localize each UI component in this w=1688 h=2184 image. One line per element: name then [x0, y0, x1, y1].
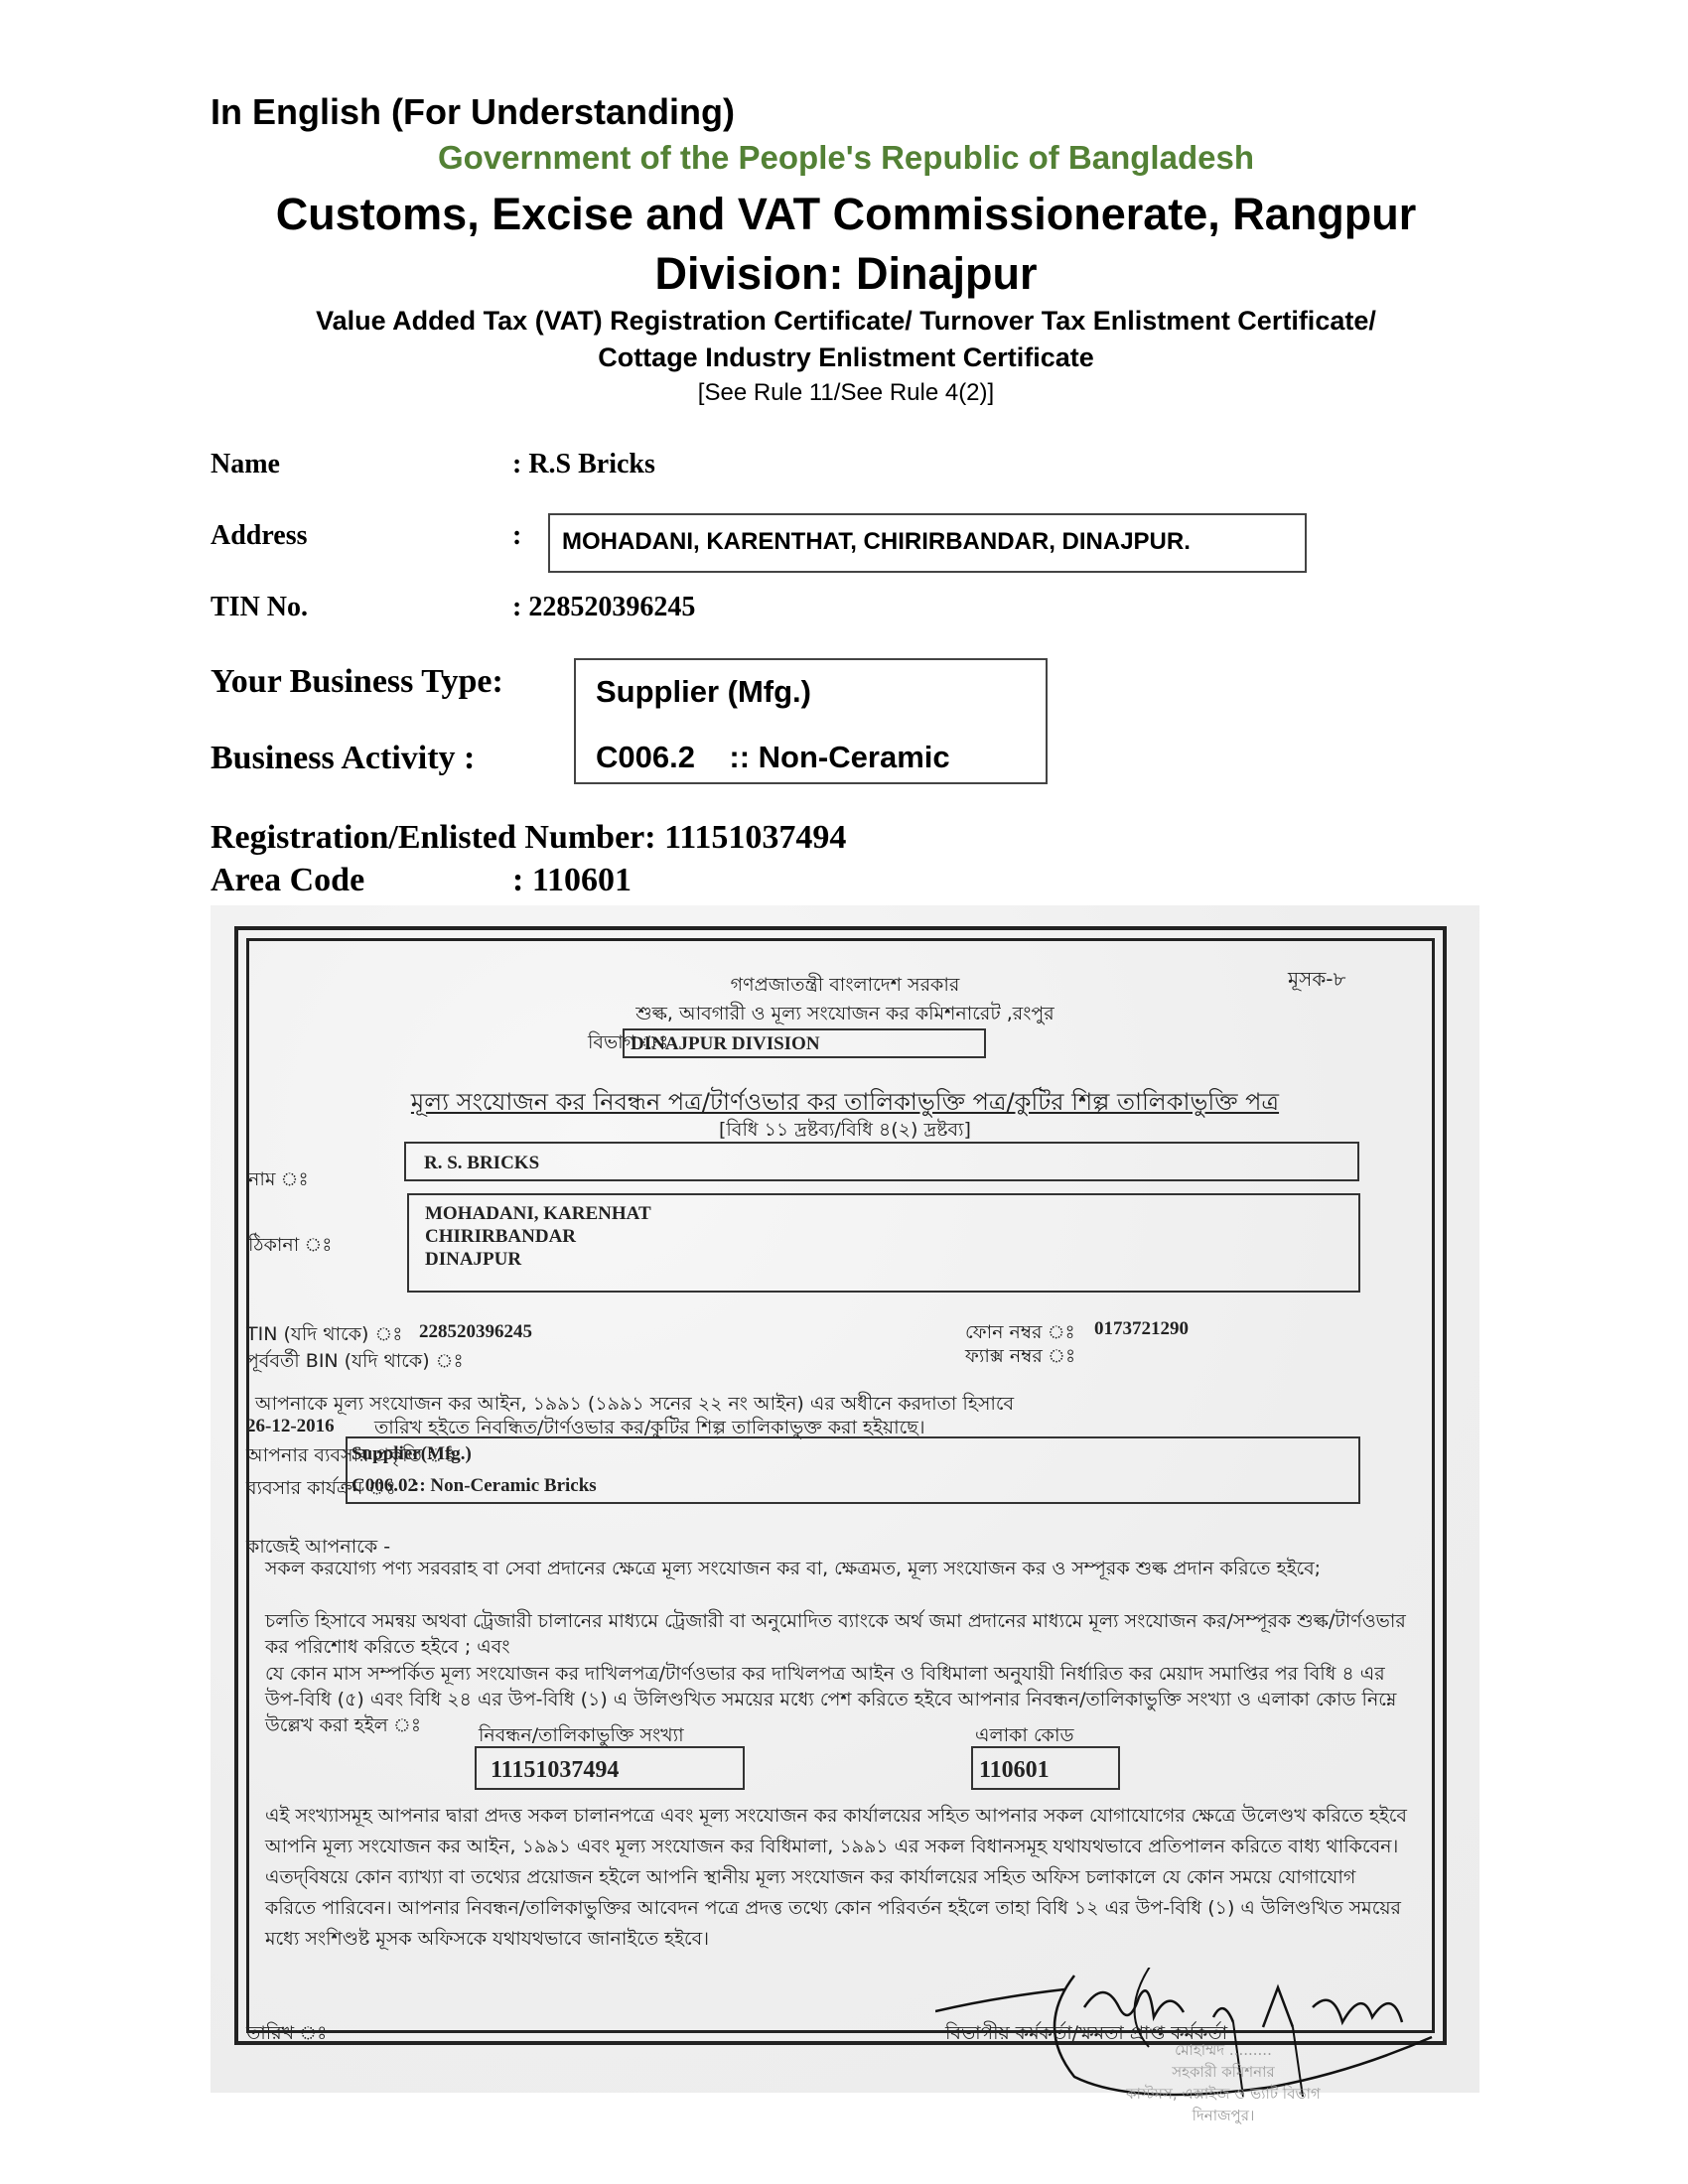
scan-address-line: DINAJPUR: [425, 1249, 521, 1271]
address-box: MOHADANI, KARENTHAT, CHIRIRBANDAR, DINAJ…: [548, 513, 1307, 573]
tin-value: : 228520396245: [512, 592, 695, 623]
scan-name-box: R. S. BRICKS: [404, 1142, 1359, 1181]
name-value: : R.S Bricks: [512, 449, 655, 480]
rule-reference: [See Rule 11/See Rule 4(2)]: [211, 379, 1481, 407]
division-heading: Division: Dinajpur: [211, 248, 1481, 300]
scan-registration-date: 26-12-2016: [246, 1416, 335, 1437]
scan-registration-number: 11151037494: [491, 1757, 619, 1784]
scan-business-type-value: Supplier(Mfg.): [352, 1443, 472, 1465]
scan-business-activity-value: :: Non-Ceramic Bricks: [413, 1475, 597, 1497]
official-stamp: মোহাম্মদ ......... সহকারী কমিশনার কাস্টম…: [1074, 2039, 1372, 2126]
government-heading: Government of the People's Republic of B…: [211, 139, 1481, 177]
scan-address-label: ঠিকানা ঃ: [248, 1231, 332, 1263]
office-heading: Customs, Excise and VAT Commissionerate,…: [211, 189, 1481, 240]
stamp-line: মোহাম্মদ .........: [1074, 2039, 1372, 2061]
tin-label: TIN No.: [211, 592, 308, 623]
scan-fax-label: ফ্যাক্স নম্বর ঃ: [965, 1342, 1075, 1374]
stamp-line: সহকারী কমিশনার: [1074, 2061, 1372, 2083]
stamp-line: দিনাজপুর।: [1074, 2105, 1372, 2126]
business-activity-label: Business Activity :: [211, 740, 475, 777]
scan-closing-paragraph: এই সংখ্যাসমূহ আপনার দ্বারা প্রদত্ত সকল চ…: [265, 1801, 1407, 1955]
scan-address-line: MOHADANI, KARENHAT: [425, 1203, 651, 1225]
scan-obligation: সকল করযোগ্য পণ্য সরবরাহ বা সেবা প্রদানের…: [265, 1556, 1407, 1581]
scan-area-code: 110601: [979, 1757, 1050, 1784]
address-colon: :: [512, 520, 521, 552]
area-code-label: Area Code: [211, 862, 364, 899]
scan-division-box: DINAJPUR DIVISION: [623, 1028, 986, 1058]
business-activity-value: C006.2 :: Non-Ceramic: [596, 740, 950, 775]
scan-phone-value: 0173721290: [1094, 1318, 1189, 1340]
scan-registration-number-box: 11151037494: [475, 1746, 745, 1790]
scanned-certificate: মূসক-৮ গণপ্রজাতন্ত্রী বাংলাদেশ সরকার শুল…: [211, 905, 1479, 2093]
scan-obligation: যে কোন মাস সম্পর্কিত মূল্য সংযোজন কর দাখ…: [265, 1661, 1407, 1738]
scan-obligation: চলতি হিসাবে সমন্বয় অথবা ট্রেজারী চালানে…: [265, 1608, 1407, 1660]
scan-name-label: নাম ঃ: [248, 1165, 309, 1197]
scan-date-label: তারিখ ঃ: [246, 2019, 327, 2051]
name-label: Name: [211, 449, 280, 480]
scan-business-box: Supplier(Mfg.) C006.02 :: Non-Ceramic Br…: [346, 1436, 1360, 1504]
area-code-value: : 110601: [512, 862, 632, 899]
scan-gov-heading: গণপ্রজাতন্ত্রী বাংলাদেশ সরকার: [211, 971, 1479, 1003]
stamp-line: কাস্টমস, এক্সাইজ ও ভ্যাট বিভাগ: [1074, 2083, 1372, 2105]
registration-label: Registration/Enlisted Number:: [211, 819, 656, 856]
scan-business-activity-code: C006.02: [352, 1475, 417, 1497]
scan-address-box: MOHADANI, KARENHAT CHIRIRBANDAR DINAJPUR: [407, 1193, 1360, 1293]
language-note: In English (For Understanding): [211, 91, 735, 133]
business-box: Supplier (Mfg.) C006.2 :: Non-Ceramic: [574, 658, 1048, 784]
business-type-value: Supplier (Mfg.): [596, 674, 811, 710]
certificate-title-line1: Value Added Tax (VAT) Registration Certi…: [211, 306, 1481, 337]
scan-bin-label: পূর্ববর্তী BIN (যদি থাকে) ঃ: [246, 1347, 464, 1379]
scan-name-value: R. S. BRICKS: [424, 1153, 539, 1174]
scan-division-value: DINAJPUR DIVISION: [631, 1033, 820, 1055]
registration-line: Registration/Enlisted Number: 1115103749…: [211, 819, 846, 857]
certificate-title-line2: Cottage Industry Enlistment Certificate: [211, 342, 1481, 373]
scan-tin-value: 228520396245: [419, 1321, 532, 1343]
business-type-label: Your Business Type:: [211, 663, 503, 701]
address-value: MOHADANI, KARENTHAT, CHIRIRBANDAR, DINAJ…: [562, 528, 1191, 556]
scan-office-heading: শুল্ক, আবগারী ও মূল্য সংযোজন কর কমিশনারে…: [211, 1000, 1479, 1031]
address-label: Address: [211, 520, 308, 552]
scan-address-line: CHIRIRBANDAR: [425, 1226, 576, 1248]
scan-area-code-box: 110601: [971, 1746, 1120, 1790]
registration-value: 11151037494: [664, 819, 846, 856]
